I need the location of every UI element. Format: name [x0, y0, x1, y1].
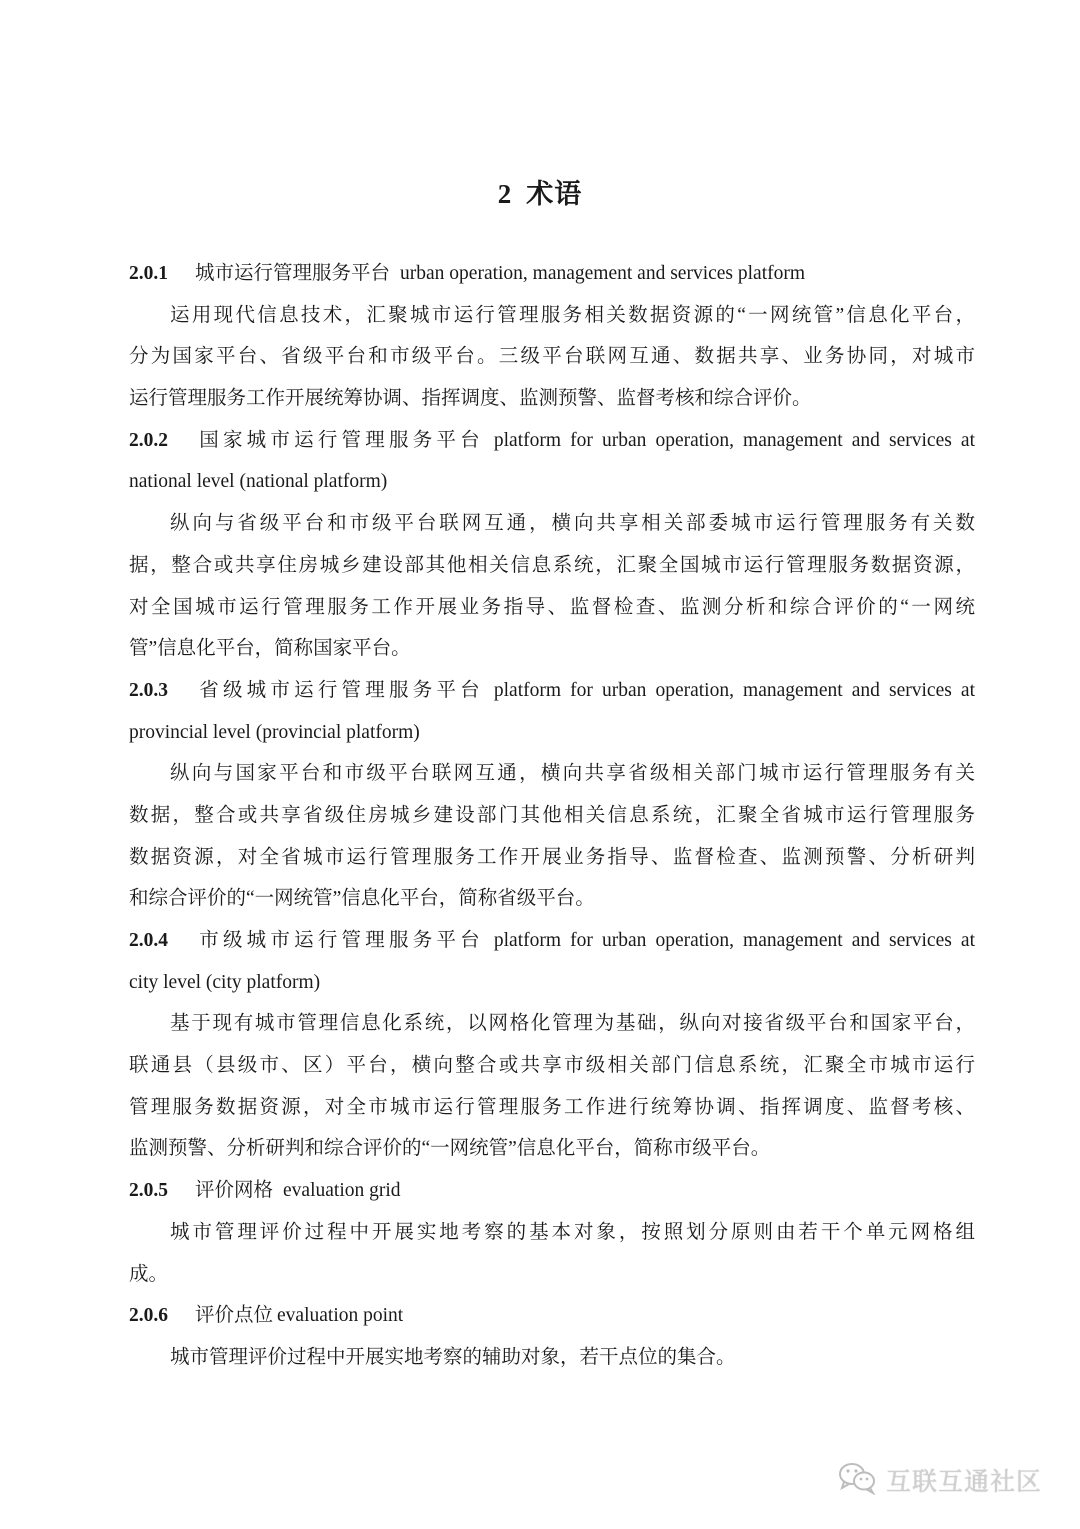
- watermark-text: 互联互通社区: [886, 1462, 1042, 1498]
- definition-line: 数据资源，对全省城市运行管理服务工作开展业务指导、监督检查、监测预警、分析研判: [129, 837, 975, 879]
- definition-line: 监测预警、分析研判和综合评价的“一网统管”信息化平台，简称市级平台。: [129, 1128, 975, 1170]
- definition-line: 运用现代信息技术，汇聚城市运行管理服务相关数据资源的“一网统管”信息化平台，: [129, 295, 975, 337]
- definition-line: 运行管理服务工作开展统筹协调、指挥调度、监测预警、监督考核和综合评价。: [129, 378, 975, 420]
- document-page: 2术语 2.0.1城市运行管理服务平台urban operation, mana…: [0, 0, 1080, 1529]
- definition-line: 成。: [129, 1254, 975, 1296]
- clause-heading: 2.0.3省级城市运行管理服务平台platform for urban oper…: [129, 670, 975, 712]
- term-en: platform for urban operation, management…: [494, 430, 975, 451]
- clause-heading: 2.0.4市级城市运行管理服务平台platform for urban oper…: [129, 920, 975, 962]
- definition-line: 基于现有城市管理信息化系统，以网格化管理为基础，纵向对接省级平台和国家平台，: [129, 1003, 975, 1045]
- clause-2-0-6: 2.0.6评价点位evaluation point 城市管理评价过程中开展实地考…: [129, 1295, 975, 1378]
- term-cn: 省级城市运行管理服务平台: [195, 680, 484, 701]
- definition-line: 联通县（县级市、区）平台，横向整合或共享市级相关部门信息系统，汇聚全市城市运行: [129, 1045, 975, 1087]
- clause-2-0-3: 2.0.3省级城市运行管理服务平台platform for urban oper…: [129, 670, 975, 920]
- clause-heading: 2.0.6评价点位evaluation point: [129, 1295, 975, 1337]
- watermark: 互联互通社区: [838, 1458, 1042, 1502]
- clause-heading: 2.0.5评价网格evaluation grid: [129, 1170, 975, 1212]
- clause-number: 2.0.5: [129, 1170, 195, 1212]
- definition-line: 和综合评价的“一网统管”信息化平台，简称省级平台。: [129, 878, 975, 920]
- clause-heading: 2.0.2国家城市运行管理服务平台platform for urban oper…: [129, 420, 975, 462]
- definition-line: 分为国家平台、省级平台和市级平台。三级平台联网互通、数据共享、业务协同，对城市: [129, 336, 975, 378]
- clause-number: 2.0.6: [129, 1295, 195, 1337]
- clause-number: 2.0.1: [129, 253, 195, 295]
- term-en-continued: national level (national platform): [129, 461, 975, 503]
- definition-line: 对全国城市运行管理服务工作开展业务指导、监督检查、监测分析和综合评价的“一网统: [129, 587, 975, 629]
- term-en: evaluation point: [277, 1305, 403, 1326]
- clause-2-0-5: 2.0.5评价网格evaluation grid 城市管理评价过程中开展实地考察…: [129, 1170, 975, 1295]
- term-en-continued: provincial level (provincial platform): [129, 712, 975, 754]
- definition-line: 管理服务数据资源，对全市城市运行管理服务工作进行统筹协调、指挥调度、监督考核、: [129, 1087, 975, 1129]
- clause-number: 2.0.2: [129, 420, 195, 462]
- definition-line: 城市管理评价过程中开展实地考察的辅助对象，若干点位的集合。: [129, 1337, 975, 1379]
- clause-2-0-4: 2.0.4市级城市运行管理服务平台platform for urban oper…: [129, 920, 975, 1170]
- definition-line: 数据，整合或共享省级住房城乡建设部门其他相关信息系统，汇聚全省城市运行管理服务: [129, 795, 975, 837]
- clause-2-0-1: 2.0.1城市运行管理服务平台urban operation, manageme…: [129, 253, 975, 420]
- term-cn: 评价网格: [195, 1180, 273, 1201]
- definition-line: 管”信息化平台，简称国家平台。: [129, 628, 975, 670]
- term-cn: 市级城市运行管理服务平台: [195, 930, 484, 951]
- term-en-continued: city level (city platform): [129, 962, 975, 1004]
- wechat-icon: [838, 1461, 878, 1500]
- definition-line: 纵向与省级平台和市级平台联网互通，横向共享相关部委城市运行管理服务有关数: [129, 503, 975, 545]
- chapter-number: 2: [498, 179, 513, 209]
- clause-2-0-2: 2.0.2国家城市运行管理服务平台platform for urban oper…: [129, 420, 975, 670]
- clause-number: 2.0.4: [129, 920, 195, 962]
- terms-section: 2.0.1城市运行管理服务平台urban operation, manageme…: [129, 253, 975, 1379]
- definition-line: 城市管理评价过程中开展实地考察的基本对象，按照划分原则由若干个单元网格组: [129, 1212, 975, 1254]
- definition-line: 据，整合或共享住房城乡建设部其他相关信息系统，汇聚全国城市运行管理服务数据资源，: [129, 545, 975, 587]
- clause-heading: 2.0.1城市运行管理服务平台urban operation, manageme…: [129, 253, 975, 295]
- chapter-title-text: 术语: [526, 179, 582, 209]
- term-en: evaluation grid: [283, 1180, 401, 1201]
- chapter-title: 2术语: [0, 172, 1080, 211]
- term-cn: 国家城市运行管理服务平台: [195, 430, 484, 451]
- clause-number: 2.0.3: [129, 670, 195, 712]
- term-en: urban operation, management and services…: [400, 263, 805, 284]
- term-cn: 评价点位: [195, 1305, 273, 1326]
- term-en: platform for urban operation, management…: [494, 680, 975, 701]
- term-cn: 城市运行管理服务平台: [195, 263, 390, 284]
- definition-line: 纵向与国家平台和市级平台联网互通，横向共享省级相关部门城市运行管理服务有关: [129, 753, 975, 795]
- term-en: platform for urban operation, management…: [494, 930, 975, 951]
